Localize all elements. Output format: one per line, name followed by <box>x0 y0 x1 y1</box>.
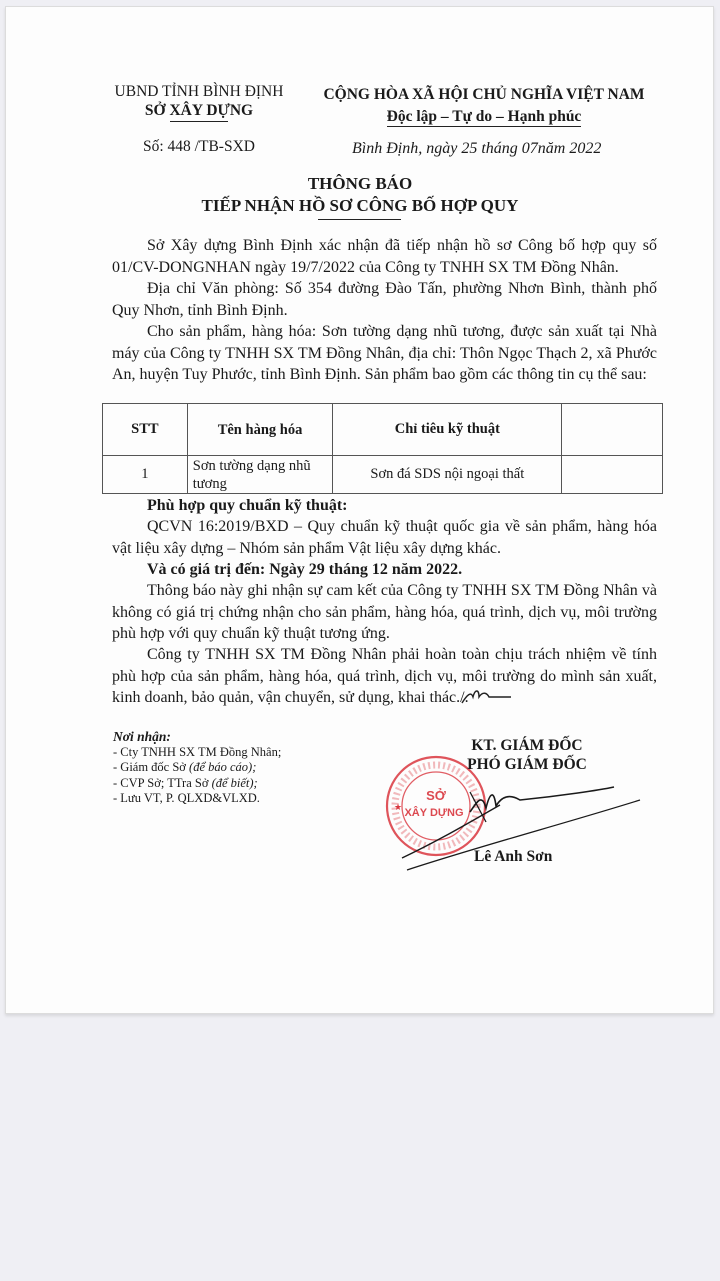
paragraph-receipt: Sở Xây dựng Bình Định xác nhận đã tiếp n… <box>112 235 657 278</box>
table-row: 1 Sơn tường dạng nhũ tương Sơn đá SDS nộ… <box>103 456 663 494</box>
doc-title: THÔNG BÁO <box>0 174 720 194</box>
country-name: CỘNG HÒA XÃ HỘI CHỦ NGHĨA VIỆT NAM <box>318 84 650 106</box>
signature-title: KT. GIÁM ĐỐC PHÓ GIÁM ĐỐC <box>442 736 612 774</box>
place-date: Bình Định, ngày 25 tháng 07năm 2022 <box>352 140 601 158</box>
svg-text:SỞ: SỞ <box>426 788 447 803</box>
cell-technical-spec: Sơn đá SDS nội ngoại thất <box>333 456 562 494</box>
paragraph-product: Cho sản phẩm, hàng hóa: Sơn tường dạng n… <box>112 321 657 386</box>
initials-mark-icon <box>459 685 519 707</box>
col-stt: STT <box>103 404 188 456</box>
svg-text:XÂY DỰNG: XÂY DỰNG <box>404 806 463 819</box>
conformity-text: QCVN 16:2019/BXD – Quy chuẩn kỹ thuật qu… <box>112 516 657 559</box>
paragraph-address: Địa chỉ Văn phòng: Số 354 đường Đào Tấn,… <box>112 278 657 321</box>
paragraph-responsibility: Công ty TNHH SX TM Đồng Nhân phải hoàn t… <box>112 644 657 709</box>
cell-stt: 1 <box>103 456 188 494</box>
recipient-item: - Giám đốc Sở (để báo cáo); <box>113 760 281 776</box>
title-underline <box>318 219 401 220</box>
recipients-heading: Nơi nhận: <box>113 729 281 745</box>
col-product-name: Tên hàng hóa <box>187 404 333 456</box>
signature-title-line1: KT. GIÁM ĐỐC <box>442 736 612 755</box>
validity-line: Và có giá trị đến: Ngày 29 tháng 12 năm … <box>112 559 657 581</box>
national-header: CỘNG HÒA XÃ HỘI CHỦ NGHĨA VIỆT NAM Độc l… <box>318 84 650 128</box>
agency-header: UBND TỈNH BÌNH ĐỊNH SỞ XÂY DỰNG <box>113 82 285 122</box>
doc-subtitle: TIẾP NHẬN HỒ SƠ CÔNG BỐ HỢP QUY <box>0 196 720 216</box>
table-header-row: STT Tên hàng hóa Chỉ tiêu kỹ thuật <box>103 404 663 456</box>
recipient-item: - Lưu VT, P. QLXD&VLXD. <box>113 791 281 807</box>
product-table: STT Tên hàng hóa Chỉ tiêu kỹ thuật 1 Sơn… <box>102 403 663 494</box>
recipient-item: - Cty TNHH SX TM Đồng Nhân; <box>113 745 281 761</box>
signer-name: Lê Anh Sơn <box>474 848 552 866</box>
agency-name: SỞ XÂY DỰNG <box>113 101 285 120</box>
motto: Độc lập – Tự do – Hạnh phúc <box>387 107 582 127</box>
document-number: Số: 448 /TB-SXD <box>143 138 255 156</box>
conformity-label: Phù hợp quy chuẩn kỹ thuật: <box>112 495 657 517</box>
recipient-item: - CVP Sở; TTra Sở (để biết); <box>113 776 281 792</box>
cell-product-name: Sơn tường dạng nhũ tương <box>187 456 333 494</box>
signature-title-line2: PHÓ GIÁM ĐỐC <box>442 755 612 774</box>
agency-parent: UBND TỈNH BÌNH ĐỊNH <box>113 82 285 101</box>
paragraph-commitment: Thông báo này ghi nhận sự cam kết của Cô… <box>112 580 657 645</box>
col-technical-spec: Chỉ tiêu kỹ thuật <box>333 404 562 456</box>
svg-text:★: ★ <box>394 802 402 812</box>
col-empty <box>562 404 663 456</box>
agency-underline <box>170 121 228 122</box>
cell-empty <box>562 456 663 494</box>
recipients-block: Nơi nhận: - Cty TNHH SX TM Đồng Nhân; - … <box>113 729 281 807</box>
